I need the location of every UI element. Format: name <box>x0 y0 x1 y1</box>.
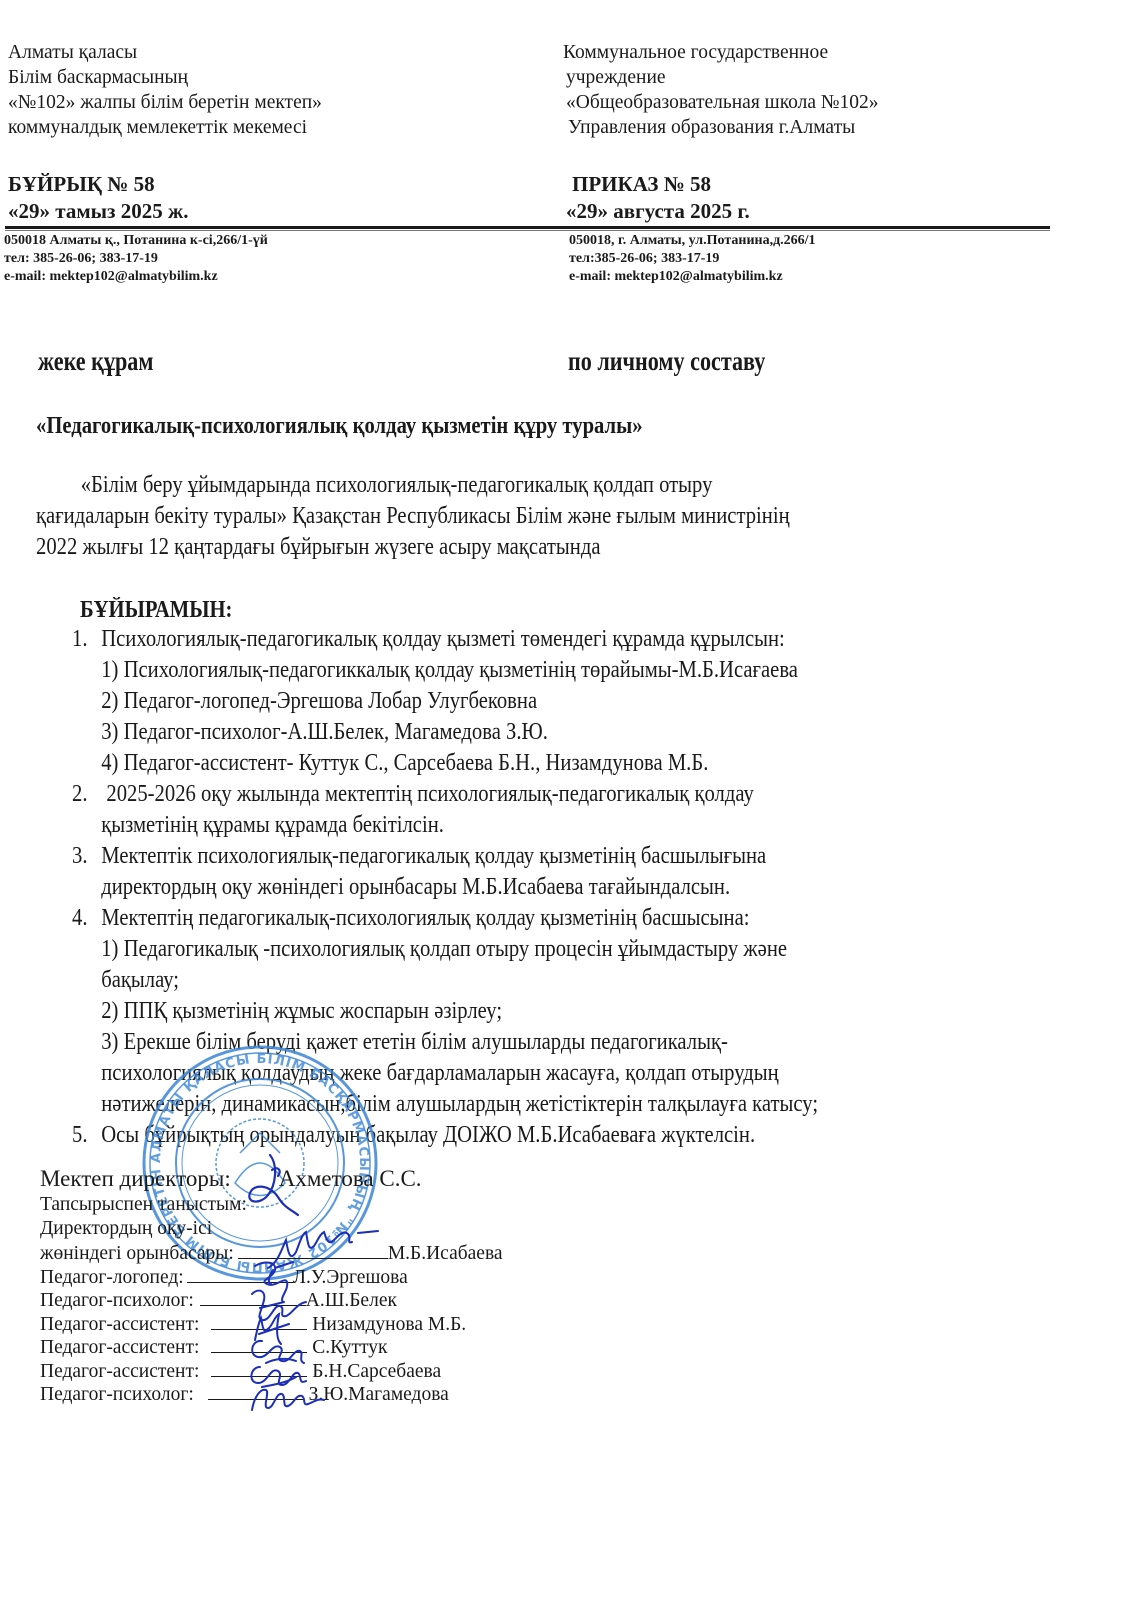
order-number-ru: ПРИКАЗ № 58 <box>572 170 711 198</box>
order-date-ru: «29» августа 2025 г. <box>566 197 750 225</box>
staff-name: Б.Н.Сарсебаева <box>307 1361 441 1382</box>
sub-item: 2) Педагог-логопед-Эргешова Лобар Улугбе… <box>72 686 818 717</box>
preamble-line: қағидаларын бекіту туралы» Қазақстан Рес… <box>36 501 790 532</box>
deputy-role: жөніндегі орынбасары: <box>40 1243 234 1264</box>
contact-ru: 050018, г. Алматы, ул.Потанина,д.266/1 т… <box>569 232 816 286</box>
order-item-2: 2. 2025-2026 оқу жылында мектептің психо… <box>72 779 818 841</box>
contact-address: 050018, г. Алматы, ул.Потанина,д.266/1 <box>569 232 816 250</box>
item-number: 5. <box>72 1120 101 1151</box>
item-number: 2. <box>72 779 101 810</box>
header-divider-thin <box>5 230 1050 231</box>
item-text: директордың оқу жөніндегі орынбасары М.Б… <box>72 872 818 903</box>
sub-item: 3) Педагог-психолог-А.Ш.Белек, Магамедов… <box>72 717 818 748</box>
contact-email: e-mail: mektep102@almatybilim.kz <box>4 268 268 286</box>
header-org-ru: Коммунальное государственное учреждение … <box>563 40 879 140</box>
psychologist-magamedova-signature-icon <box>240 1380 340 1425</box>
org-line: Алматы қаласы <box>8 40 322 65</box>
contact-address: 050018 Алматы қ., Потанина к-сі,266/1-үй <box>4 232 268 250</box>
director-signature-row: Мектеп директоры:Ахметова С.С. <box>40 1165 422 1192</box>
preamble-line: 2022 жылғы 12 қаңтардағы бұйрығын жүзеге… <box>36 532 790 563</box>
item-number: 4. <box>72 903 101 934</box>
sub-item: 4) Педагог-ассистент- Куттук С., Сарсеба… <box>72 748 818 779</box>
section-label-ru: по личному составу <box>568 346 765 377</box>
order-item-1: 1.Психологиялық-педагогикалық қолдау қыз… <box>72 624 818 779</box>
section-label-kz: жеке құрам <box>38 346 153 377</box>
org-line: учреждение <box>563 65 879 90</box>
staff-role: Педагог-психолог: <box>40 1290 194 1311</box>
sub-item: 1) Психологиялық-педагогиккалық қолдау қ… <box>72 655 818 686</box>
order-item-3: 3.Мектептік психологиялық-педагогикалық … <box>72 841 818 903</box>
header-divider <box>5 226 1050 229</box>
sub-item: 1) Педагогикалық -психологиялық қолдап о… <box>72 934 818 965</box>
preamble: «Білім беру ұйымдарында психологиялық-пе… <box>36 470 790 563</box>
staff-role: Педагог-ассистент: <box>40 1361 199 1382</box>
director-handwritten-signature-icon <box>240 1150 320 1220</box>
order-heading: БҰЙЫРАМЫН: <box>80 595 232 626</box>
org-line: «№102» жалпы білім беретін мектеп» <box>8 90 322 115</box>
contact-phone: тел: 385-26-06; 383-17-19 <box>4 250 268 268</box>
item-number: 1. <box>72 624 101 655</box>
order-date-kz: «29» тамыз 2025 ж. <box>8 197 188 225</box>
item-text: қызметінің құрамы құрамда бекітілсін. <box>72 810 818 841</box>
org-line: Управления образования г.Алматы <box>563 115 879 140</box>
sub-item: бақылау; <box>72 965 818 996</box>
org-line: Коммунальное государственное <box>563 40 879 65</box>
org-line: коммуналдық мемлекеттік мекемесі <box>8 115 322 140</box>
staff-role: Педагог-логопед: <box>40 1267 184 1288</box>
order-number-kz: БҰЙРЫҚ № 58 <box>8 170 155 198</box>
staff-name: Низамдунова М.Б. <box>307 1314 466 1335</box>
staff-role: Педагог-ассистент: <box>40 1337 199 1358</box>
org-line: «Общеобразовательная школа №102» <box>563 90 879 115</box>
contact-email: e-mail: mektep102@almatybilim.kz <box>569 268 816 286</box>
preamble-line: «Білім беру ұйымдарында психологиялық-пе… <box>36 470 790 501</box>
item-text: Мектептік психологиялық-педагогикалық қо… <box>101 843 766 869</box>
item-text: 2025-2026 оқу жылында мектептің психолог… <box>101 781 754 807</box>
item-text: Мектептің педагогикалық-психологиялық қо… <box>101 905 749 931</box>
document-title: «Педагогикалық-психологиялық қолдау қызм… <box>36 413 643 440</box>
contact-phone: тел:385-26-06; 383-17-19 <box>569 250 816 268</box>
contact-kz: 050018 Алматы қ., Потанина к-сі,266/1-үй… <box>4 232 268 286</box>
director-role: Мектеп директоры: <box>40 1166 231 1191</box>
header-org-kz: Алматы қаласы Білім баскармасының «№102»… <box>8 40 322 140</box>
sub-item: 2) ППҚ қызметінің жұмыс жоспарын әзірлеу… <box>72 996 818 1027</box>
org-line: Білім баскармасының <box>8 65 322 90</box>
staff-role: Педагог-психолог: <box>40 1384 194 1405</box>
item-number: 3. <box>72 841 101 872</box>
item-text: Психологиялық-педагогикалық қолдау қызме… <box>101 626 785 652</box>
staff-role: Педагог-ассистент: <box>40 1314 199 1335</box>
